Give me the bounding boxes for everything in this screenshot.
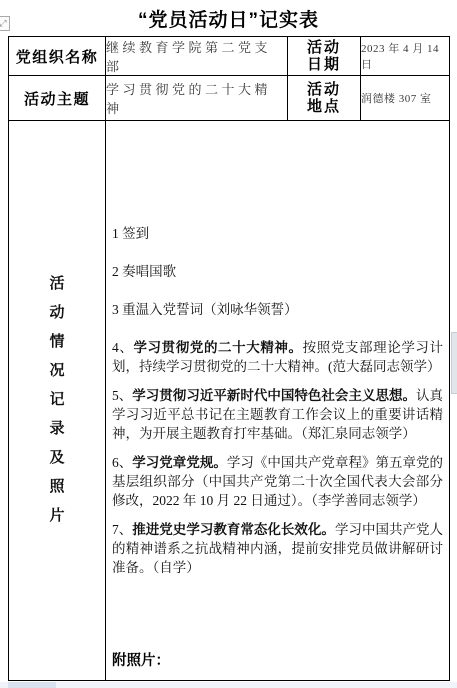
activity-location-label: 活动 地点 (288, 76, 361, 121)
agenda-item-5: 5、学习贯彻习近平新时代中国特色社会主义思想。认真学习习近平总书记在主题教育工作… (112, 386, 443, 443)
table-row: 活动主题 学习贯彻党的二十大精神 活动 地点 润德楼 307 室 (9, 76, 450, 121)
table-row: 活 动 情 况 记 录 及 照 片 1 签到 2 奏唱国歌 3 重温入党誓词（刘… (9, 121, 450, 681)
page-title: “党员活动日”记实表 (0, 5, 457, 32)
activity-date-label-line2: 日期 (288, 56, 360, 73)
vertical-scrollbar-thumb[interactable] (451, 332, 457, 394)
agenda-item-4: 4、学习贯彻党的二十大精神。按照党支部理论学习计划，持续学习贯彻党的二十大精神。… (112, 338, 443, 376)
table-select-handle-icon[interactable]: ⤢ (0, 16, 10, 31)
activity-date-value[interactable]: 2023 年 4 月 14 日 (361, 37, 450, 76)
record-content: 1 签到 2 奏唱国歌 3 重温入党誓词（刘咏华领誓） 4、学习贯彻党的二十大精… (106, 215, 449, 577)
activity-record-table: 党组织名称 继续教育学院第二党支部 活动 日期 2023 年 4 月 14 日 … (8, 36, 450, 681)
agenda-item-7: 7、推进党史学习教育常态化长效化。学习中国共产党人的精神谱系之抗战精神内涵，提前… (112, 520, 443, 577)
activity-location-label-line2: 地点 (288, 98, 360, 115)
agenda-item-2: 2 奏唱国歌 (112, 262, 443, 281)
record-content-cell[interactable]: 1 签到 2 奏唱国歌 3 重温入党誓词（刘咏华领誓） 4、学习贯彻党的二十大精… (106, 121, 450, 681)
agenda-item-6: 6、学习党章党规。学习《中国共产党章程》第五章党的基层组织部分（中国共产党第二十… (112, 453, 443, 510)
agenda-item-3: 3 重温入党誓词（刘咏华领誓） (112, 300, 443, 319)
activity-theme-value[interactable]: 学习贯彻党的二十大精神 (106, 76, 288, 121)
record-and-photos-vertical-label: 活 动 情 况 记 录 及 照 片 (9, 277, 105, 524)
table-row: 党组织名称 继续教育学院第二党支部 活动 日期 2023 年 4 月 14 日 (9, 37, 450, 76)
agenda-item-1: 1 签到 (112, 224, 443, 243)
activity-theme-label: 活动主题 (9, 76, 106, 121)
attached-photos-label: 附照片： (112, 649, 170, 670)
document-page: “党员活动日”记实表 ⤢ 党组织名称 继续教育学院第二党支部 活动 日期 202… (0, 0, 457, 688)
activity-date-label: 活动 日期 (288, 37, 361, 76)
activity-date-label-line1: 活动 (288, 39, 360, 56)
activity-location-label-line1: 活动 (288, 81, 360, 98)
horizontal-scrollbar[interactable] (0, 682, 457, 688)
org-name-label: 党组织名称 (9, 37, 106, 76)
record-and-photos-label-cell: 活 动 情 况 记 录 及 照 片 (9, 121, 106, 681)
activity-location-value[interactable]: 润德楼 307 室 (361, 76, 450, 121)
horizontal-scrollbar-thumb[interactable] (8, 682, 56, 688)
org-name-value[interactable]: 继续教育学院第二党支部 (106, 37, 288, 76)
